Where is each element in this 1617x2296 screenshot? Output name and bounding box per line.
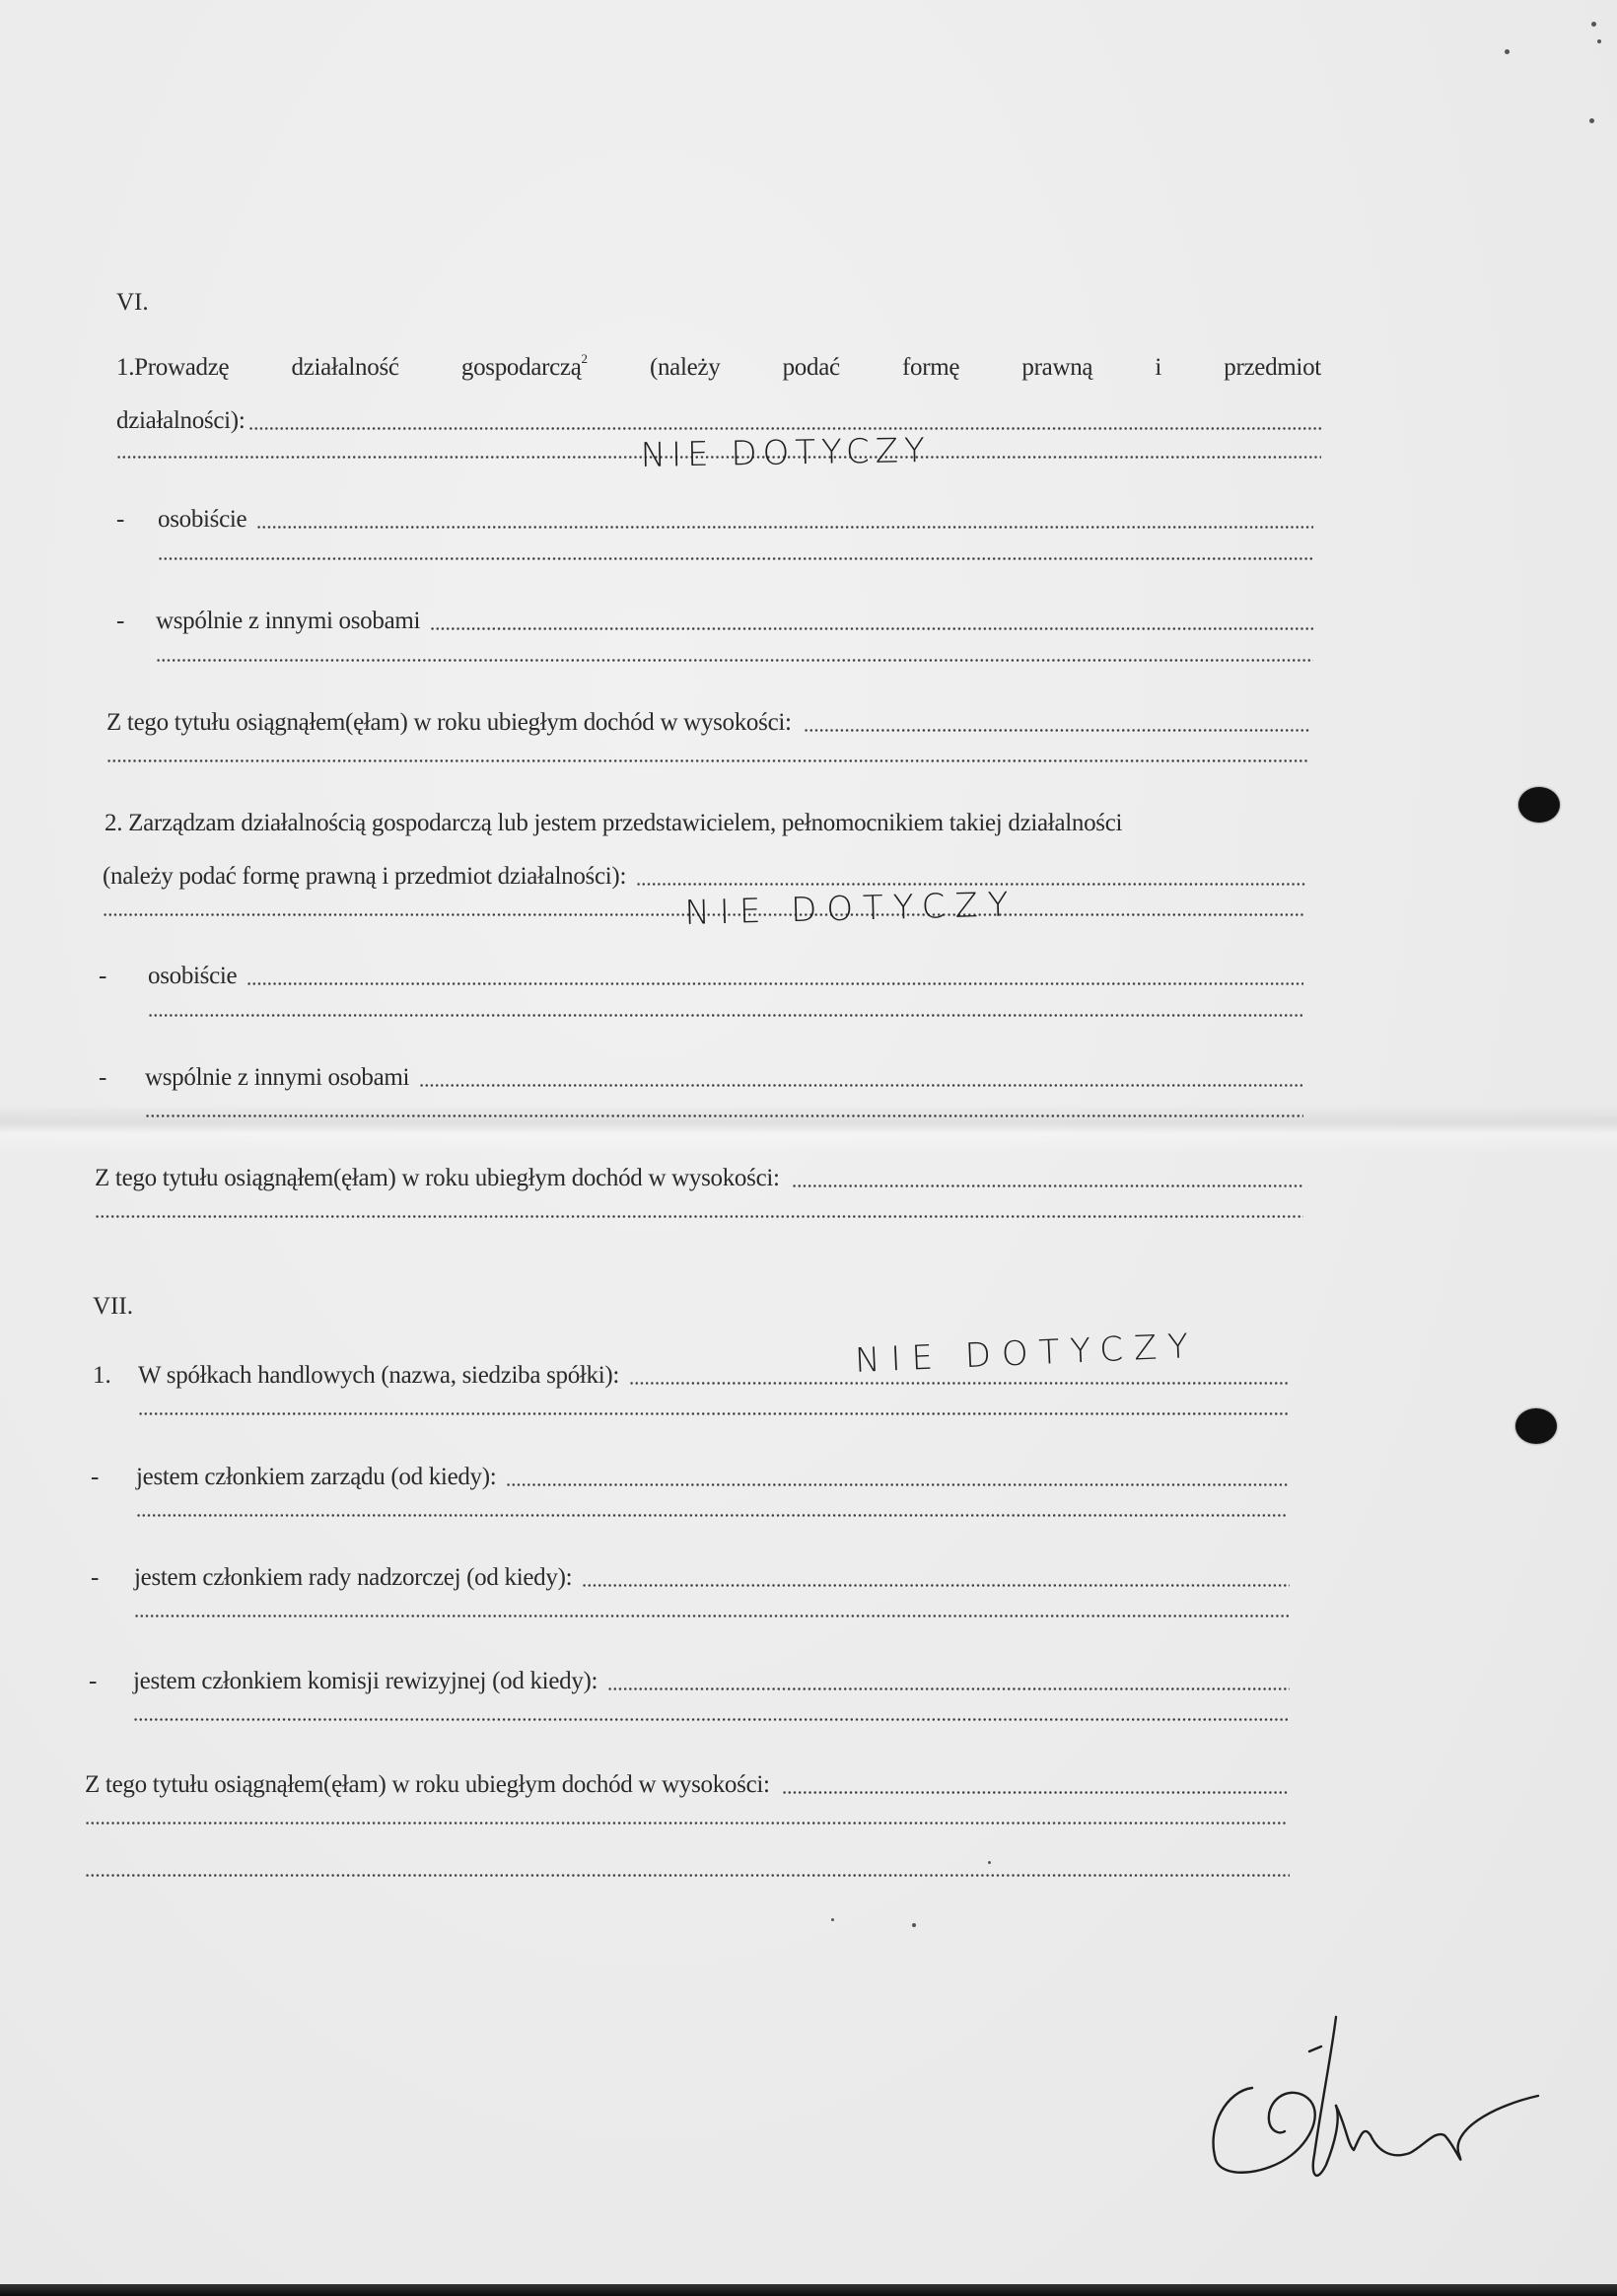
section-vi-item1-jointly: wspólnie z innymi osobami bbox=[156, 607, 1313, 636]
section-vi-item2-jointly: wspólnie z innymi osobami bbox=[145, 1063, 1303, 1093]
field-label: Z tego tytułu osiągnąłem(ęłam) w roku ub… bbox=[95, 1164, 780, 1193]
punch-hole-icon bbox=[1518, 787, 1560, 823]
field-label: osobiście bbox=[148, 962, 237, 991]
bullet: - bbox=[99, 1063, 106, 1093]
scanned-page: VI. 1.Prowadzę działalność gospodarczą2 … bbox=[0, 0, 1617, 2296]
section-vi-item1-line1: 1.Prowadzę działalność gospodarczą2 (nal… bbox=[116, 353, 1321, 383]
fill-in-field[interactable] bbox=[804, 729, 1311, 732]
scan-speck bbox=[831, 1918, 834, 1921]
section-vi-item2-jointly-cont bbox=[145, 1114, 1303, 1123]
section-vi-heading: VI. bbox=[116, 288, 149, 318]
scan-bottom-edge bbox=[0, 2284, 1617, 2296]
section-vii-income-cont bbox=[85, 1874, 1290, 1883]
field-label: jestem członkiem komisji rewizyjnej (od … bbox=[133, 1667, 598, 1696]
section-vi-item2-line1: 2. Zarządzam działalnością gospodarczą l… bbox=[105, 809, 1313, 838]
fill-in-field[interactable] bbox=[792, 1184, 1303, 1187]
section-vi-item2-personally-cont bbox=[148, 1014, 1303, 1023]
fill-in-field[interactable] bbox=[145, 1114, 1303, 1117]
field-label: W spółkach handlowych (nazwa, siedziba s… bbox=[138, 1361, 619, 1391]
section-vi-item2-personally: osobiście bbox=[148, 962, 1303, 991]
scan-speck bbox=[1597, 39, 1601, 43]
fill-in-field[interactable] bbox=[134, 1614, 1290, 1617]
section-vii-board-member: jestem członkiem zarządu (od kiedy): bbox=[136, 1463, 1290, 1492]
bullet: - bbox=[99, 962, 106, 991]
item-number: 1. bbox=[93, 1361, 111, 1391]
fill-in-field[interactable] bbox=[430, 627, 1313, 630]
word: 1.Prowadzę bbox=[116, 353, 229, 383]
section-vi-item1-line2: działalności): bbox=[116, 406, 1321, 436]
section-vii-supervisory-board: jestem członkiem rady nadzorczej (od kie… bbox=[134, 1563, 1290, 1593]
section-vii-supervisory-board-cont bbox=[134, 1614, 1290, 1623]
bullet: - bbox=[89, 1667, 97, 1696]
section-vi-item1-jointly-cont bbox=[156, 659, 1313, 668]
field-label: (należy podać formę prawną i przedmiot d… bbox=[103, 862, 626, 892]
fill-in-field[interactable] bbox=[133, 1718, 1290, 1721]
section-vi-item2-income-cont bbox=[95, 1215, 1303, 1224]
field-label: wspólnie z innymi osobami bbox=[156, 607, 420, 636]
section-vii-audit-committee: jestem członkiem komisji rewizyjnej (od … bbox=[133, 1667, 1290, 1696]
section-vii-heading: VII. bbox=[93, 1292, 133, 1322]
field-label: wspólnie z innymi osobami bbox=[145, 1063, 409, 1093]
section-vi-item2-income: Z tego tytułu osiągnąłem(ęłam) w roku ub… bbox=[95, 1164, 1303, 1193]
field-label: jestem członkiem rady nadzorczej (od kie… bbox=[134, 1563, 572, 1593]
handwritten-answer: NIE DOTYCZY bbox=[640, 431, 931, 475]
word: formę bbox=[902, 353, 959, 383]
word: gospodarczą2 bbox=[461, 353, 588, 383]
fill-in-field[interactable] bbox=[419, 1084, 1303, 1087]
field-label: osobiście bbox=[158, 505, 246, 535]
bullet: - bbox=[91, 1563, 99, 1593]
bullet: - bbox=[116, 505, 124, 535]
section-vii-item1-cont bbox=[138, 1412, 1290, 1421]
field-label: Z tego tytułu osiągnąłem(ęłam) w roku ub… bbox=[106, 708, 792, 738]
fill-in-field[interactable] bbox=[136, 1514, 1288, 1517]
fill-in-field[interactable] bbox=[156, 659, 1313, 662]
fill-in-field[interactable] bbox=[85, 1874, 1290, 1877]
section-vi-item1-personally: osobiście bbox=[158, 505, 1313, 535]
fill-in-field[interactable] bbox=[106, 759, 1309, 762]
fill-in-field[interactable] bbox=[95, 1215, 1303, 1218]
section-vii-income: Z tego tytułu osiągnąłem(ęłam) w roku ub… bbox=[85, 1770, 1290, 1800]
word: i bbox=[1155, 353, 1161, 383]
section-vi-item1-income-cont bbox=[106, 759, 1309, 768]
section-vi-item1-income: Z tego tytułu osiągnąłem(ęłam) w roku ub… bbox=[106, 708, 1311, 738]
scan-speck bbox=[1589, 118, 1594, 123]
section-vii-board-member-cont bbox=[136, 1514, 1288, 1523]
fill-in-field[interactable] bbox=[148, 1014, 1303, 1017]
word: (należy bbox=[650, 353, 720, 383]
fill-in-field[interactable] bbox=[629, 1382, 1290, 1385]
section-vii-income-cont bbox=[85, 1822, 1286, 1830]
fill-in-field[interactable] bbox=[506, 1483, 1290, 1486]
scan-speck bbox=[1505, 49, 1510, 54]
signature-icon bbox=[1198, 1997, 1553, 2185]
scan-speck bbox=[1591, 22, 1596, 27]
fill-in-field[interactable] bbox=[158, 557, 1313, 560]
bullet: - bbox=[116, 607, 124, 636]
section-vii-audit-committee-cont bbox=[133, 1718, 1290, 1727]
field-label: Z tego tytułu osiągnąłem(ęłam) w roku ub… bbox=[85, 1770, 770, 1800]
word: podać bbox=[783, 353, 840, 383]
fill-in-field[interactable] bbox=[246, 982, 1303, 985]
footnote-ref: 2 bbox=[582, 351, 588, 366]
word: przedmiot bbox=[1224, 353, 1321, 383]
handwritten-answer: NIE DOTYCZY bbox=[684, 885, 1019, 933]
fill-in-field[interactable] bbox=[256, 526, 1313, 529]
punch-hole-icon bbox=[1515, 1408, 1557, 1444]
scan-speck bbox=[912, 1923, 916, 1927]
fill-in-field[interactable] bbox=[138, 1412, 1290, 1415]
fill-in-field[interactable] bbox=[582, 1584, 1290, 1587]
section-vi-item2-line2: (należy podać formę prawną i przedmiot d… bbox=[103, 862, 1307, 892]
section-vi-item1-personally-cont bbox=[158, 557, 1313, 566]
field-label: działalności): bbox=[116, 406, 245, 436]
word: prawną bbox=[1021, 353, 1092, 383]
scan-speck bbox=[988, 1861, 991, 1864]
word: działalność bbox=[292, 353, 399, 383]
fill-in-field[interactable] bbox=[607, 1687, 1290, 1690]
bullet: - bbox=[91, 1463, 99, 1492]
fill-in-field[interactable] bbox=[85, 1822, 1286, 1825]
fill-in-field[interactable] bbox=[248, 427, 1321, 430]
item-text: 2. Zarządzam działalnością gospodarczą l… bbox=[105, 809, 1122, 838]
fill-in-field[interactable] bbox=[782, 1791, 1290, 1794]
field-label: jestem członkiem zarządu (od kiedy): bbox=[136, 1463, 496, 1492]
